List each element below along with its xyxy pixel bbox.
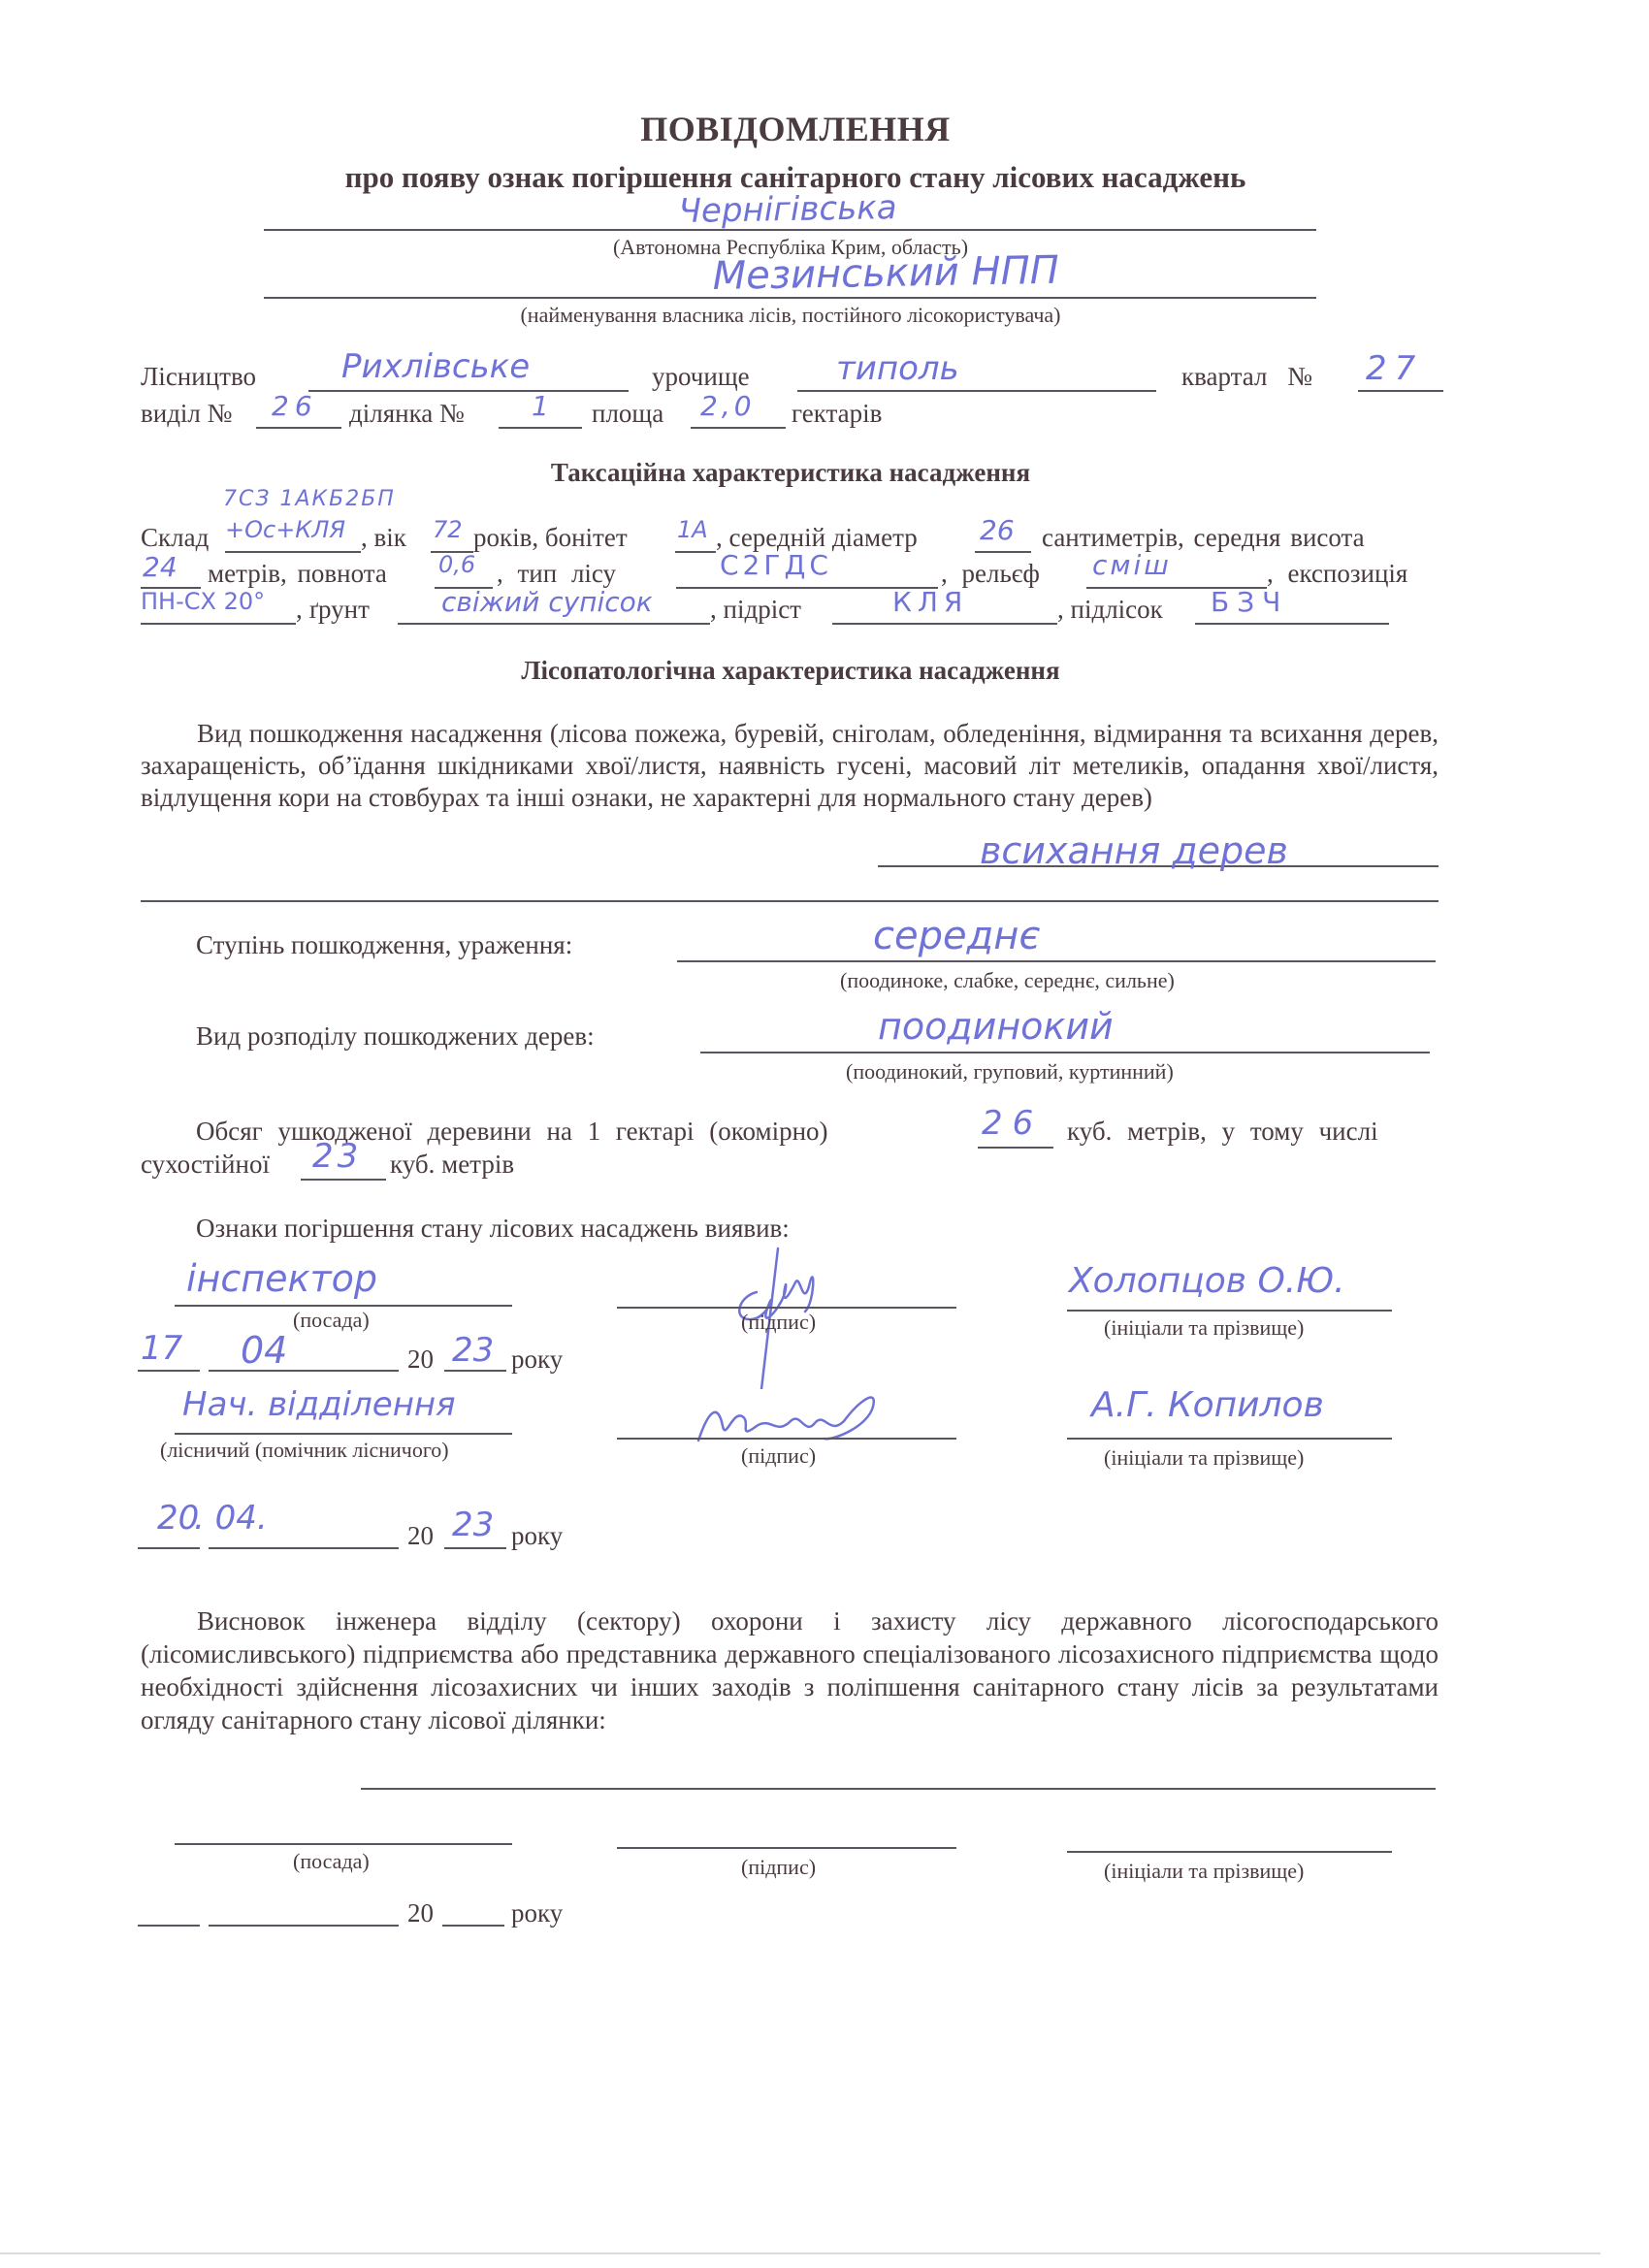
forester-date-month[interactable]: . 04. (194, 1499, 268, 1538)
distribution-line (700, 1052, 1430, 1053)
area-label: площа (592, 398, 663, 429)
inspector-signature-line (617, 1307, 956, 1309)
forestry-line (308, 390, 629, 392)
inspector-signature-caption: (підпис) (741, 1310, 816, 1335)
conclusion-date-month-line[interactable] (209, 1925, 399, 1927)
forestry-label: Лісництво (141, 361, 256, 392)
inspector-date-month[interactable]: 04 (241, 1329, 287, 1372)
forester-signature-line (617, 1438, 956, 1440)
bonitet-line (675, 551, 716, 553)
damage-type-line-2 (141, 900, 1439, 902)
tract-value[interactable]: типоль (836, 349, 959, 388)
inspector-date-month-line (209, 1370, 399, 1372)
understory-value[interactable]: БЗЧ (1211, 586, 1288, 618)
conclusion-date-suffix: року (511, 1897, 563, 1928)
document-title: ПОВІДОМЛЕННЯ (0, 109, 1591, 149)
diameter-value[interactable]: 26 (980, 514, 1015, 546)
inspector-position-value[interactable]: інспектор (186, 1257, 377, 1300)
deadwood-value[interactable]: 23 (312, 1137, 362, 1176)
inspector-name-line (1067, 1310, 1392, 1312)
conclusion-date-day-line[interactable] (138, 1925, 200, 1927)
conclusion-signature-line[interactable] (617, 1847, 956, 1849)
soil-line (398, 623, 710, 625)
area-line (691, 427, 786, 429)
conclusion-name-line[interactable] (1067, 1851, 1392, 1853)
composition-value-top[interactable]: 7СЗ 1АКБ2БП (223, 487, 396, 511)
composition-label: Склад (141, 522, 209, 553)
forester-date-month-line (209, 1547, 399, 1549)
quarter-label: квартал № (1181, 361, 1312, 392)
conclusion-line (361, 1788, 1436, 1790)
conclusion-position-line[interactable] (175, 1843, 512, 1845)
density-value[interactable]: 0,6 (438, 551, 475, 578)
inspector-position-caption: (посада) (293, 1308, 370, 1333)
volume-value[interactable]: 26 (982, 1104, 1043, 1143)
height-unit: метрів, повнота (208, 558, 387, 589)
forester-name-line (1067, 1438, 1392, 1440)
relief-value[interactable]: сміш (1092, 549, 1172, 581)
volume-line (978, 1147, 1053, 1149)
owner-value[interactable]: Мезинський НПП (712, 248, 1059, 299)
degree-line (677, 960, 1436, 962)
region-line (264, 229, 1316, 231)
damage-type-text: Вид пошкодження насадження (лісова пожеж… (141, 719, 1439, 812)
forester-date-day[interactable]: 20 (157, 1499, 199, 1538)
age-label: , вік (361, 522, 406, 553)
damage-type-value[interactable]: всихання дерев (980, 829, 1288, 872)
soil-label: , ґрунт (296, 594, 370, 625)
owner-caption: (найменування власника лісів, постійного… (0, 303, 1581, 328)
diameter-line (975, 551, 1031, 553)
age-value[interactable]: 72 (433, 516, 463, 543)
forester-position-caption: (лісничий (помічник лісничого) (160, 1438, 449, 1463)
inspector-name-value[interactable]: Холопцов О.Ю. (1069, 1261, 1345, 1301)
conclusion-text: Висновок інженера відділу (сектору) охор… (141, 1606, 1439, 1734)
conclusion-signature-caption: (підпис) (741, 1855, 816, 1880)
pathology-heading: Лісопатологічна характеристика насадженн… (0, 656, 1581, 686)
forester-date-year[interactable]: 23 (452, 1506, 494, 1544)
composition-line (225, 551, 361, 553)
understory-line (1195, 623, 1389, 625)
compartment-line (256, 427, 341, 429)
quarter-line (1358, 390, 1443, 392)
inspector-name-caption: (ініціали та прізвище) (1104, 1315, 1304, 1341)
forest-type-label: , тип лісу (497, 558, 616, 589)
area-unit: гектарів (792, 398, 882, 429)
forester-date-day-line (138, 1547, 200, 1549)
conclusion-paragraph: Висновок інженера відділу (сектору) охор… (141, 1604, 1439, 1736)
plot-value[interactable]: 1 (532, 390, 549, 422)
deadwood-unit: куб. метрів (390, 1149, 514, 1180)
forester-date-suffix: року (511, 1520, 563, 1551)
inspector-date-year[interactable]: 23 (452, 1331, 494, 1370)
compartment-value[interactable]: 26 (272, 390, 318, 422)
relief-label: , рельєф (941, 558, 1040, 589)
forester-date-century: 20 (407, 1520, 434, 1551)
degree-caption: (поодиноке, слабке, середнє, сильне) (840, 968, 1175, 993)
volume-text-2: куб. метрів, у тому числі (1067, 1116, 1378, 1147)
conclusion-name-caption: (ініціали та прізвище) (1104, 1859, 1304, 1884)
area-value[interactable]: 2,0 (700, 390, 756, 422)
exposure-value[interactable]: ПН-СХ 20° (141, 588, 265, 615)
deadwood-line (301, 1179, 386, 1181)
exposure-label: , експозиція (1267, 558, 1407, 589)
exposure-line (141, 623, 296, 625)
conclusion-position-caption: (посада) (293, 1849, 370, 1874)
plot-label: ділянка № (349, 398, 465, 429)
forester-name-value[interactable]: А.Г. Копилов (1091, 1385, 1324, 1425)
region-value[interactable]: Чернігівська (678, 188, 897, 231)
understory-label: , підлісок (1057, 594, 1163, 625)
inspector-date-day[interactable]: 17 (141, 1329, 182, 1368)
forester-signature-caption: (підпис) (741, 1443, 816, 1469)
height-value[interactable]: 24 (143, 551, 178, 583)
age-unit: років, бонітет (473, 522, 628, 553)
distribution-value[interactable]: поодинокий (878, 1005, 1114, 1048)
forester-position-value[interactable]: Нач. відділення (182, 1385, 456, 1424)
inspector-date-suffix: року (511, 1344, 563, 1375)
inspector-date-year-line (444, 1370, 506, 1372)
forester-name-caption: (ініціали та прізвище) (1104, 1445, 1304, 1471)
inspector-date-day-line (138, 1370, 200, 1372)
owner-line (264, 297, 1316, 299)
detected-by-label: Ознаки погіршення стану лісових насаджен… (196, 1213, 790, 1244)
inspector-date-century: 20 (407, 1344, 434, 1375)
distribution-label: Вид розподілу пошкоджених дерев: (196, 1021, 595, 1052)
conclusion-date-century: 20 (407, 1897, 434, 1928)
soil-value[interactable]: свіжий супісок (441, 586, 653, 618)
conclusion-date-year-line[interactable] (442, 1925, 504, 1927)
degree-value[interactable]: середнє (873, 914, 1040, 958)
scan-edge-line (0, 2252, 1600, 2254)
tract-line (797, 390, 1156, 392)
tract-label: урочище (652, 361, 750, 392)
composition-value[interactable]: +Ос+КЛЯ (225, 516, 345, 543)
damage-type-paragraph: Вид пошкодження насадження (лісова пожеж… (141, 718, 1439, 814)
forester-date-year-line (444, 1547, 506, 1549)
compartment-label: виділ № (141, 398, 232, 429)
plot-line (499, 427, 582, 429)
forestry-value[interactable]: Рихлівське (341, 347, 530, 386)
forest-type-value[interactable]: С2ГДС (720, 549, 832, 581)
forester-position-line (175, 1433, 512, 1435)
diameter-unit: сантиметрів, середня висота (1042, 522, 1365, 553)
undergrowth-label: , підріст (710, 594, 801, 625)
taxation-heading: Таксаційна характеристика насадження (0, 458, 1581, 488)
degree-label: Ступінь пошкодження, ураження: (196, 929, 572, 960)
quarter-value[interactable]: 27 (1366, 349, 1423, 388)
undergrowth-value[interactable]: КЛЯ (892, 586, 968, 618)
inspector-position-line (175, 1305, 512, 1307)
distribution-caption: (поодинокий, груповий, куртинний) (846, 1059, 1174, 1085)
volume-text-1: Обсяг ушкодженої деревини на 1 гектарі (… (196, 1116, 828, 1147)
undergrowth-line (832, 623, 1057, 625)
bonitet-value[interactable]: 1А (677, 516, 708, 543)
deadwood-label: сухостійної (141, 1149, 270, 1180)
